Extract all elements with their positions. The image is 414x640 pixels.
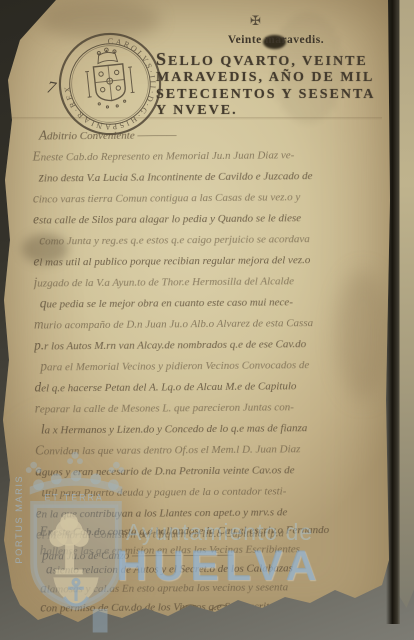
printed-line: Y NVEVE. [156, 103, 388, 119]
manuscript-line: de la y su via vecino Cuentas del Campos… [40, 614, 390, 636]
printed-line: MARAVEDIS, AÑO DE MIL [156, 70, 388, 86]
manuscript-line: cinco varas tierra Comun contigua a las … [33, 185, 389, 209]
printer-ornament-icon: ✠ [250, 13, 261, 29]
manuscript-line: Eneste Cab.do Represento en Memorial Ju.… [32, 143, 388, 167]
adjacent-page-edge [399, 0, 414, 614]
manuscript-line: hallense las q.e en mision en ellas las … [40, 538, 390, 560]
printed-line: SELLO QVARTO, VEINTE [156, 51, 388, 70]
manuscript-body: Adbitrio Conveniente ————Eneste Cab.do R… [32, 122, 391, 525]
manuscript-line: alamosas y cal.as En esto aprueba los ve… [40, 576, 390, 598]
manuscript-line: Convidan las que varas dentro Of.os el M… [35, 437, 391, 461]
signature-rubric [178, 600, 250, 616]
manuscript-line: util para Puarto deuda y paguen de la o … [35, 479, 391, 503]
manuscript-line: para el Memorial Vecinos y pidieron Veci… [34, 353, 390, 377]
manuscript-line: como Junta y reg.es q.e estos q.e caigo … [33, 227, 389, 251]
manuscript-line: murio acompaño de D.n Juan Ju.o Alb.o Al… [34, 311, 390, 335]
tax-value-heading: Veinte maravedis. [198, 34, 354, 46]
printed-line: SETECIENTOS Y SESENTA [156, 87, 388, 103]
document-page: 7 C [0, 0, 394, 640]
manuscript-line: juzgado de la V.a Ayun.to de Thor.e Herm… [34, 269, 390, 293]
printed-stamp-heading: SELLO QVARTO, VEINTE MARAVEDIS, AÑO DE M… [156, 51, 388, 120]
scanned-document-view: 7 C [0, 0, 414, 640]
manuscript-line: reparar la calle de Mesones L. que parec… [35, 395, 391, 419]
